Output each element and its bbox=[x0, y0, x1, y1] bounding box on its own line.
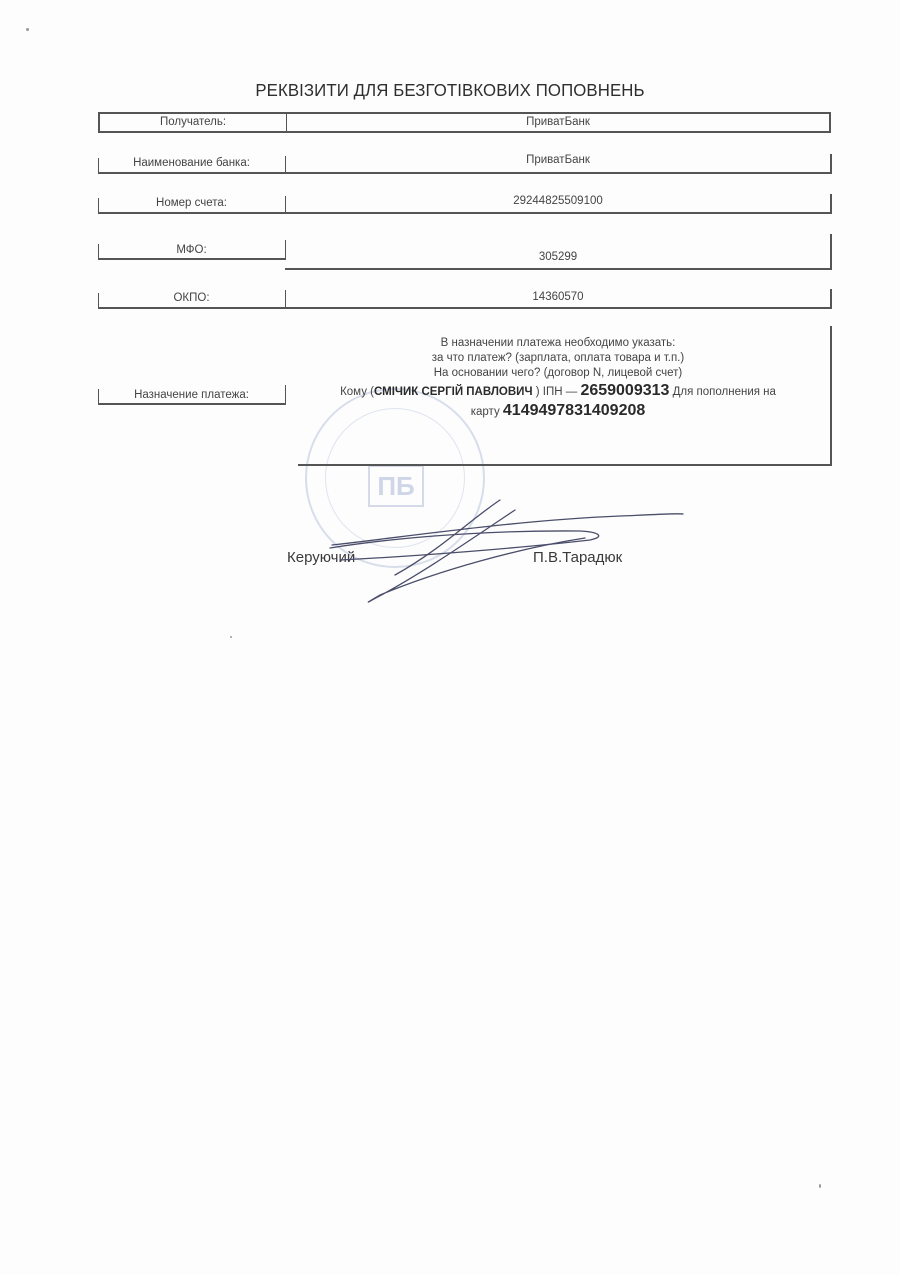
scan-speck bbox=[819, 1184, 821, 1188]
scan-speck bbox=[230, 636, 232, 638]
handwritten-signature bbox=[0, 0, 900, 700]
scan-speck bbox=[26, 28, 29, 31]
